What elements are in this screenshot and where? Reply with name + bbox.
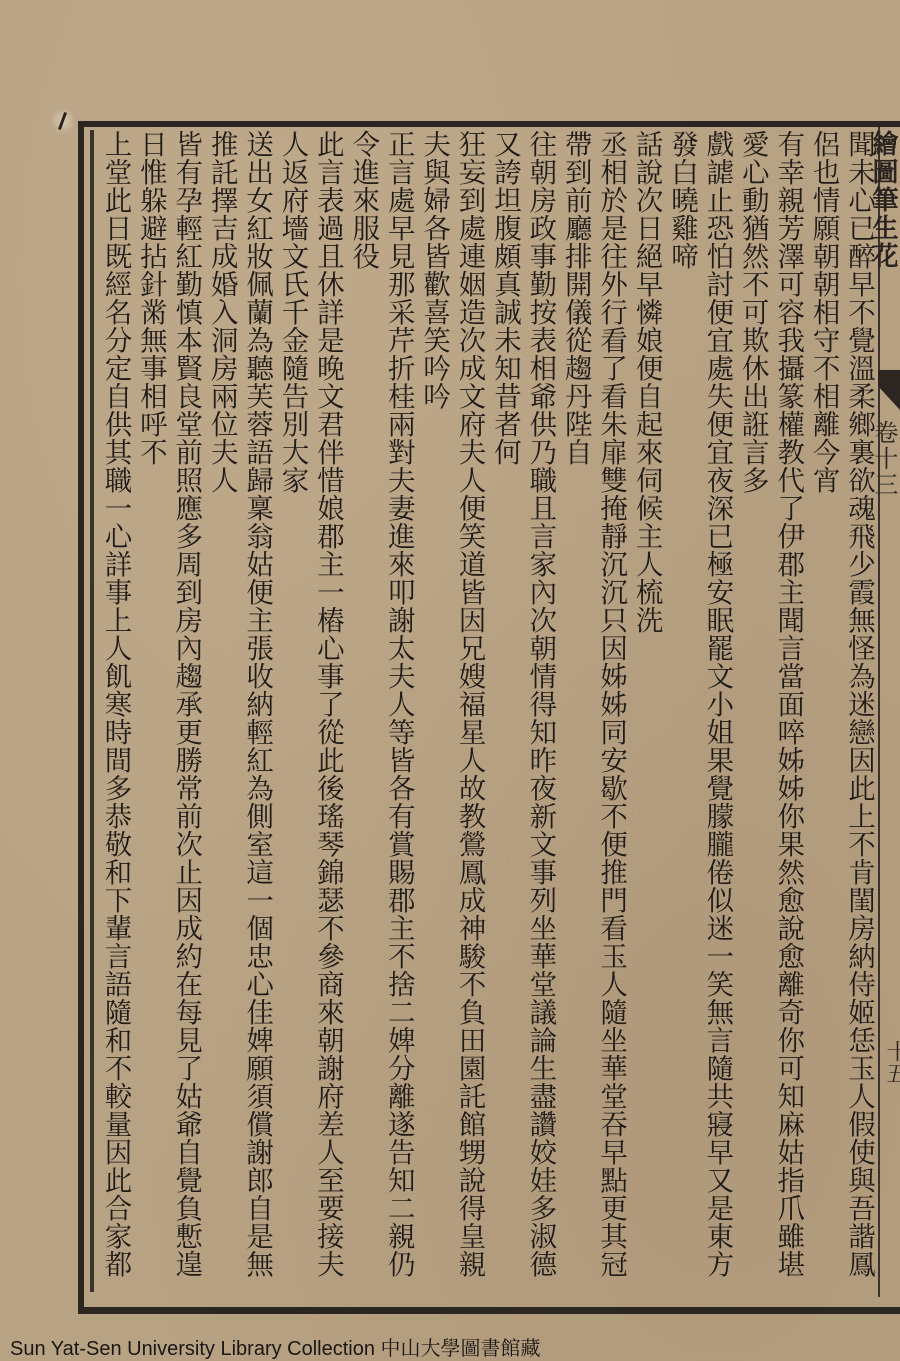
text-column: 往朝房政事勤按表相爺供乃職且言家內次朝情得知昨夜新文事列坐華堂議論生盡讚姣娃多淑…: [487, 130, 558, 1295]
volume-label-margin: 卷十三: [880, 420, 900, 498]
text-column: 丞相於是往外行看了看朱扉雙掩靜沉沉只因姊姊同安歇不便推門看玉人隨坐華堂吞早點更其…: [557, 130, 628, 1295]
text-column: 送出女紅妝佩蘭為聽芙蓉語歸稟翁姑便主張收納輕紅為側室這一個忠心佳婢願須償謝郎自是…: [203, 130, 274, 1295]
collection-caption: Sun Yat-Sen University Library Collectio…: [10, 1332, 541, 1361]
text-column: 狂妄到處連姻造次成文府夫人便笑道皆因兄嫂福星人故教鶯鳳成神駿不負田園託館甥說得皇…: [416, 130, 487, 1295]
text-column: 聞未心已醉早不覺溫柔鄉裏欲魂飛少霞無怪為迷戀因此上不肯閨房納侍姬恁玉人假使與吾諧…: [805, 130, 876, 1295]
center-fold-line: [878, 127, 880, 1297]
text-column: 戲謔止恐怕討便宜處失便宜夜深已極安眠罷文小姐果覺朦朧倦似迷一笑無言隨共寢早又是東…: [664, 130, 735, 1295]
caption-english: Sun Yat-Sen University Library Collectio…: [10, 1338, 375, 1360]
page-number-margin: 十五: [880, 1040, 900, 1084]
binding-hole-mark: [52, 108, 74, 134]
text-column: 此言表過且休詳是晚文君伴惜娘郡主一樁心事了從此後瑤琴錦瑟不參商來朝謝府差人至要接…: [274, 130, 345, 1295]
text-column: 上堂此日既經名分定自供其職一心詳事上人飢寒時間多恭敬和下輩言語隨和不較量因此合家…: [98, 130, 132, 1295]
print-border-inner-line: [90, 130, 94, 1292]
book-title-margin: 繪圖筆生花: [880, 130, 900, 270]
scanned-page: 繪圖筆生花 卷十三 十五 聞未心已醉早不覺溫柔鄉裏欲魂飛少霞無怪為迷戀因此上不肯…: [0, 0, 900, 1361]
text-column: 有幸親芳澤可容我攝篆權教代了伊郡主聞言當面啐姊姊你果然愈說愈離奇你可知麻姑指爪雖…: [734, 130, 805, 1295]
text-column: 皆有孕輕紅勤慎本賢良堂前照應多周到房內趨承更勝常前次止因成約在每見了姑爺自覺負慙…: [132, 130, 203, 1295]
text-column: 話說次日絕早憐娘便自起來伺候主人梳洗: [628, 130, 663, 1295]
text-column: 正言處早見那采芹折桂兩對夫妻進來叩謝太夫人等皆各有賞賜郡主不捨二婢分離遂告知二親…: [345, 130, 416, 1295]
vertical-text-body: 聞未心已醉早不覺溫柔鄉裏欲魂飛少霞無怪為迷戀因此上不肯閨房納侍姬恁玉人假使與吾諧…: [98, 130, 876, 1295]
caption-chinese: 中山大學圖書館藏: [381, 1336, 541, 1360]
